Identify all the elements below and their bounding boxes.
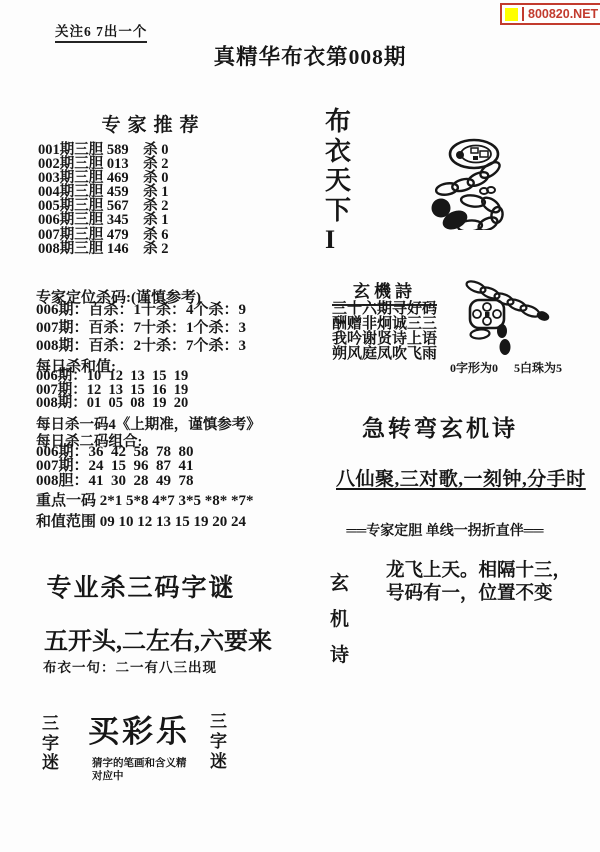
- position-kill-row: 006期：百杀：1十杀：4个杀：9: [36, 301, 261, 319]
- bead-caption-five: 5白珠为5: [514, 359, 562, 376]
- position-kill-row: 007期：百杀：7十杀：1个杀：3: [36, 319, 261, 337]
- site-badge: 800820.NET: [500, 3, 600, 25]
- sharp-turn-poem-title: 急转弯玄机诗: [340, 410, 540, 443]
- expert-row: 001期三胆 589 杀 0: [38, 143, 169, 157]
- daily-one-code-line: 每日杀一码4《上期准，谨慎参考》: [36, 413, 261, 430]
- three-char-riddle-label-right: 三字迷: [210, 712, 230, 772]
- daily-sum-row: 008期：01 05 08 19 20: [36, 397, 261, 411]
- xuanji2-poem-line: 龙飞上天。相隔十三，: [386, 560, 571, 583]
- expert-heading: 专家推荐: [36, 110, 271, 137]
- daily-two-code-row: 006期：36 42 58 78 80: [36, 445, 261, 460]
- expert-dingdan-line: ══专家定胆 单线一拐折直伴══: [315, 520, 575, 540]
- xuanji-poem: 三十六期寻好码 酬赠非炯诚三三 我吟谢贤诗上语 朔风庭凤吹飞雨: [332, 302, 442, 362]
- expert-row: 008期三胆 146 杀 2: [38, 242, 169, 256]
- expert-row: 006期三胆 345 杀 1: [38, 213, 169, 227]
- position-kill-heading: 专家定位杀码:(谨慎参考): [36, 286, 261, 301]
- bead-caption-zero: 0字形为0: [450, 359, 498, 376]
- xuanji-poem-line: 酬赠非炯诚三三: [332, 317, 442, 332]
- buyi-tianxia-vertical-title: 布衣天下I: [325, 107, 355, 255]
- buyi-lottery-sheet: 关注6 7出一个 800820.NET 真精华布衣第008期 专家推荐 001期…: [0, 0, 600, 852]
- riddle-title: 专业杀三码字谜: [36, 568, 246, 604]
- riddle-buyi-line: 布衣一句：二一有八三出现: [43, 656, 217, 676]
- position-kill-row: 008期：百杀：2十杀：7个杀：3: [36, 337, 261, 355]
- bead-snake-drawing: [424, 138, 516, 230]
- bead-caption: 0字形为0 5白珠为5: [450, 359, 562, 376]
- xuanji2-poem-line: 号码有一，位置不变: [386, 583, 571, 606]
- xuanji-poem-line: 我吟谢贤诗上语: [332, 332, 442, 347]
- daily-two-code-row: 007期：24 15 96 87 41: [36, 459, 261, 474]
- three-char-riddle-label-left: 三字迷: [42, 714, 62, 773]
- riddle-phrase: 五开头,二左右,六要来: [44, 621, 272, 656]
- site-url-label: 800820.NET: [522, 7, 598, 21]
- xuanji2-vertical-label: 玄机诗: [330, 566, 354, 674]
- page-title: 真精华布衣第008期: [20, 40, 600, 71]
- xuanji-poem-line: 朔风庭凤吹飞雨: [332, 347, 442, 362]
- xuanji2-poem: 龙飞上天。相隔十三， 号码有一，位置不变: [386, 560, 571, 606]
- sum-range-line: 和值范围 09 10 12 13 15 19 20 24: [36, 510, 261, 531]
- expert-row: 007期三胆 479 杀 6: [38, 228, 169, 242]
- kill-section: 专家定位杀码:(谨慎参考) 006期：百杀：1十杀：4个杀：9 007期：百杀：…: [36, 286, 261, 531]
- maicaile-title: 买彩乐: [88, 706, 190, 751]
- coin-chain-drawing: [462, 268, 554, 358]
- xuanji-poem-line: 三十六期寻好码: [332, 302, 442, 317]
- expert-rows: 001期三胆 589 杀 0 002期三胆 013 杀 2 003期三胆 469…: [38, 143, 169, 256]
- key-one-code-line: 重点一码 2*1 5*8 4*7 3*5 *8* *7*: [36, 489, 261, 510]
- daily-two-code-row: 008胆：41 30 28 49 78: [36, 474, 261, 489]
- maicaile-note-line2: 对应中: [92, 768, 124, 783]
- sharp-turn-poem-phrase: 八仙聚,三对歌,一刻钟,分手时: [336, 464, 586, 491]
- highlight-square-icon: [505, 8, 518, 21]
